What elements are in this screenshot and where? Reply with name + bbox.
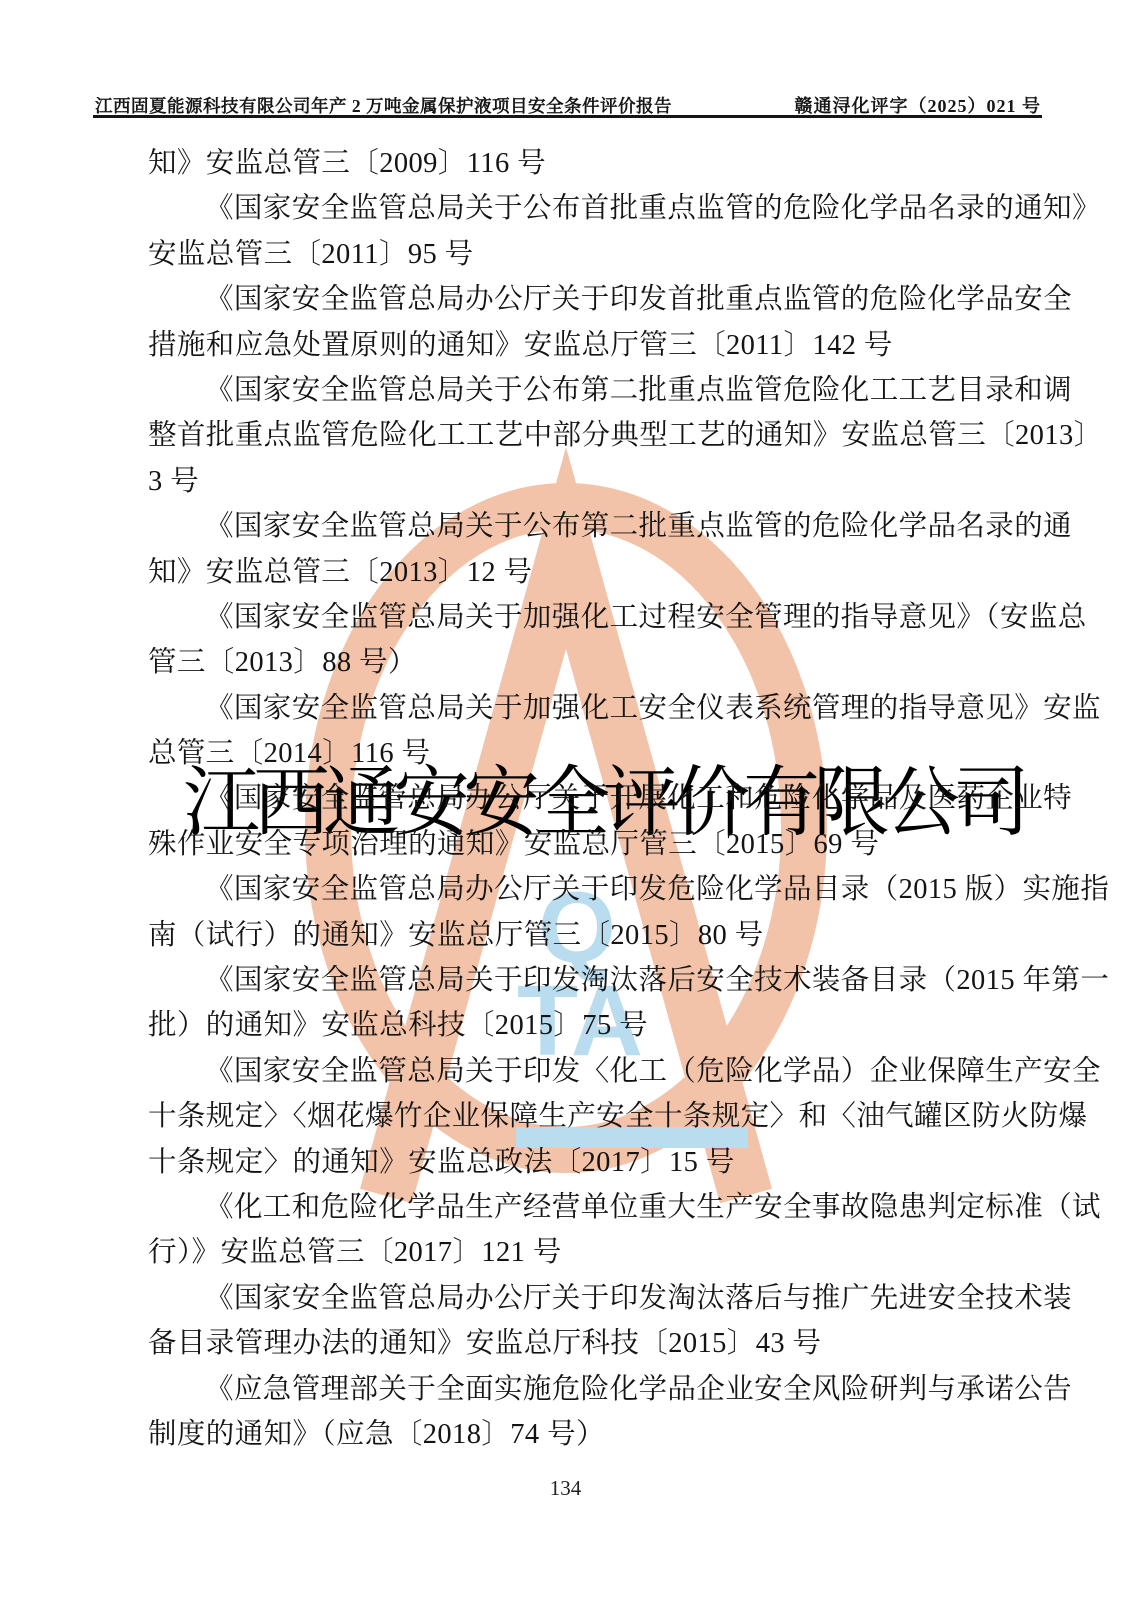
body-line: 《国家安全监管总局关于印发淘汰落后安全技术装备目录（2015 年第一 [148,958,1038,1003]
body-line: 南（试行）的通知》安监总厅管三〔2015〕80 号 [148,913,1038,958]
body-line: 殊作业安全专项治理的通知》安监总厅管三〔2015〕69 号 [148,822,1038,867]
body-line: 知》安监总管三〔2009〕116 号 [148,141,1038,186]
body-line: 《国家安全监管总局办公厅关于开展化工和危险化学品及医药企业特 [148,776,1038,821]
body-line: 《国家安全监管总局关于公布第二批重点监管的危险化学品名录的通 [148,504,1038,549]
body-line: 备目录管理办法的通知》安监总厅科技〔2015〕43 号 [148,1321,1038,1366]
body-line: 批）的通知》安监总科技〔2015〕75 号 [148,1003,1038,1048]
body-line: 《国家安全监管总局关于公布首批重点监管的危险化学品名录的通知》 [148,186,1038,231]
report-page: Q TA 江西通安安全评价有限公司 江西固夏能源科技有限公司年产 2 万吨金属保… [0,0,1131,1600]
body-line: 制度的通知》（应急〔2018〕74 号） [148,1412,1038,1457]
body-line: 3 号 [148,459,1038,504]
header-rule [93,115,1042,118]
body-line: 措施和应急处置原则的通知》安监总厅管三〔2011〕142 号 [148,323,1038,368]
body-line: 《国家安全监管总局办公厅关于印发首批重点监管的危险化学品安全 [148,277,1038,322]
body-line: 整首批重点监管危险化工工艺中部分典型工艺的通知》安监总管三〔2013〕 [148,413,1038,458]
page-number: 134 [0,1476,1131,1501]
body-line: 总管三〔2014〕116 号 [148,731,1038,776]
body-line: 十条规定〉的通知》安监总政法〔2017〕15 号 [148,1140,1038,1185]
body-line: 《国家安全监管总局关于加强化工过程安全管理的指导意见》（安监总 [148,595,1038,640]
body-line: 管三〔2013〕88 号） [148,640,1038,685]
body-line: 《国家安全监管总局办公厅关于印发危险化学品目录（2015 版）实施指 [148,867,1038,912]
body-line: 安监总管三〔2011〕95 号 [148,232,1038,277]
body-lines: 知》安监总管三〔2009〕116 号《国家安全监管总局关于公布首批重点监管的危险… [148,141,1038,1457]
body-line: 《国家安全监管总局关于公布第二批重点监管危险化工工艺目录和调 [148,368,1038,413]
body-line: 行）》安监总管三〔2017〕121 号 [148,1230,1038,1275]
body-line: 《国家安全监管总局关于印发〈化工（危险化学品）企业保障生产安全 [148,1049,1038,1094]
body-line: 《应急管理部关于全面实施危险化学品企业安全风险研判与承诺公告 [148,1367,1038,1412]
body-line: 《化工和危险化学品生产经营单位重大生产安全事故隐患判定标准（试 [148,1185,1038,1230]
body-line: 十条规定〉〈烟花爆竹企业保障生产安全十条规定〉和〈油气罐区防火防爆 [148,1094,1038,1139]
body-line: 《国家安全监管总局关于加强化工安全仪表系统管理的指导意见》安监 [148,686,1038,731]
body-line: 知》安监总管三〔2013〕12 号 [148,550,1038,595]
body-line: 《国家安全监管总局办公厅关于印发淘汰落后与推广先进安全技术装 [148,1276,1038,1321]
